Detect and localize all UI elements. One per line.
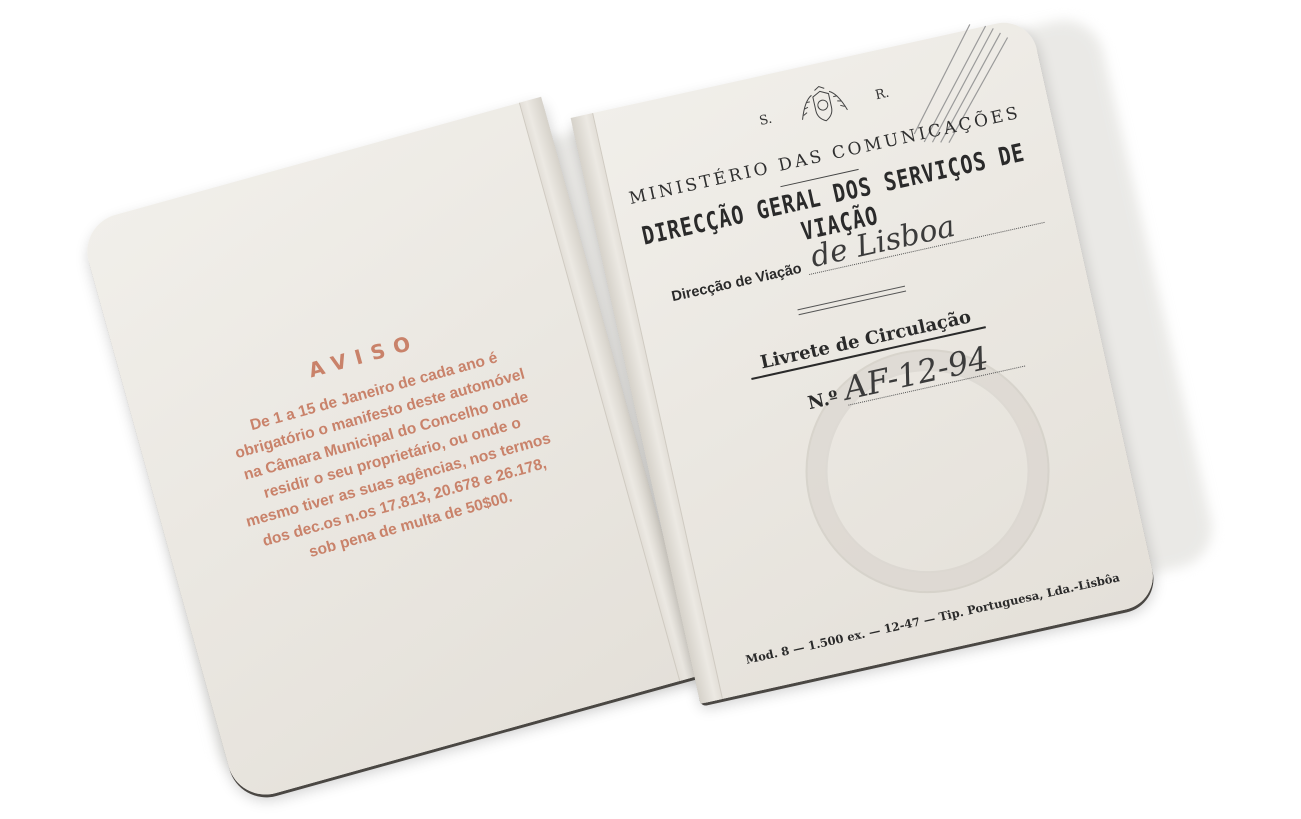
header-letter-s: S. bbox=[758, 111, 774, 128]
vehicle-registration-booklet: AVISO De 1 a 15 de Janeiro de cada ano é… bbox=[0, 0, 1301, 819]
header-letter-r: R. bbox=[874, 85, 891, 103]
aviso-notice: AVISO De 1 a 15 de Janeiro de cada ano é… bbox=[168, 291, 607, 590]
coat-of-arms-icon bbox=[792, 80, 854, 135]
double-divider bbox=[797, 286, 906, 316]
aviso-body: De 1 a 15 de Janeiro de cada ano é obrig… bbox=[178, 327, 606, 589]
